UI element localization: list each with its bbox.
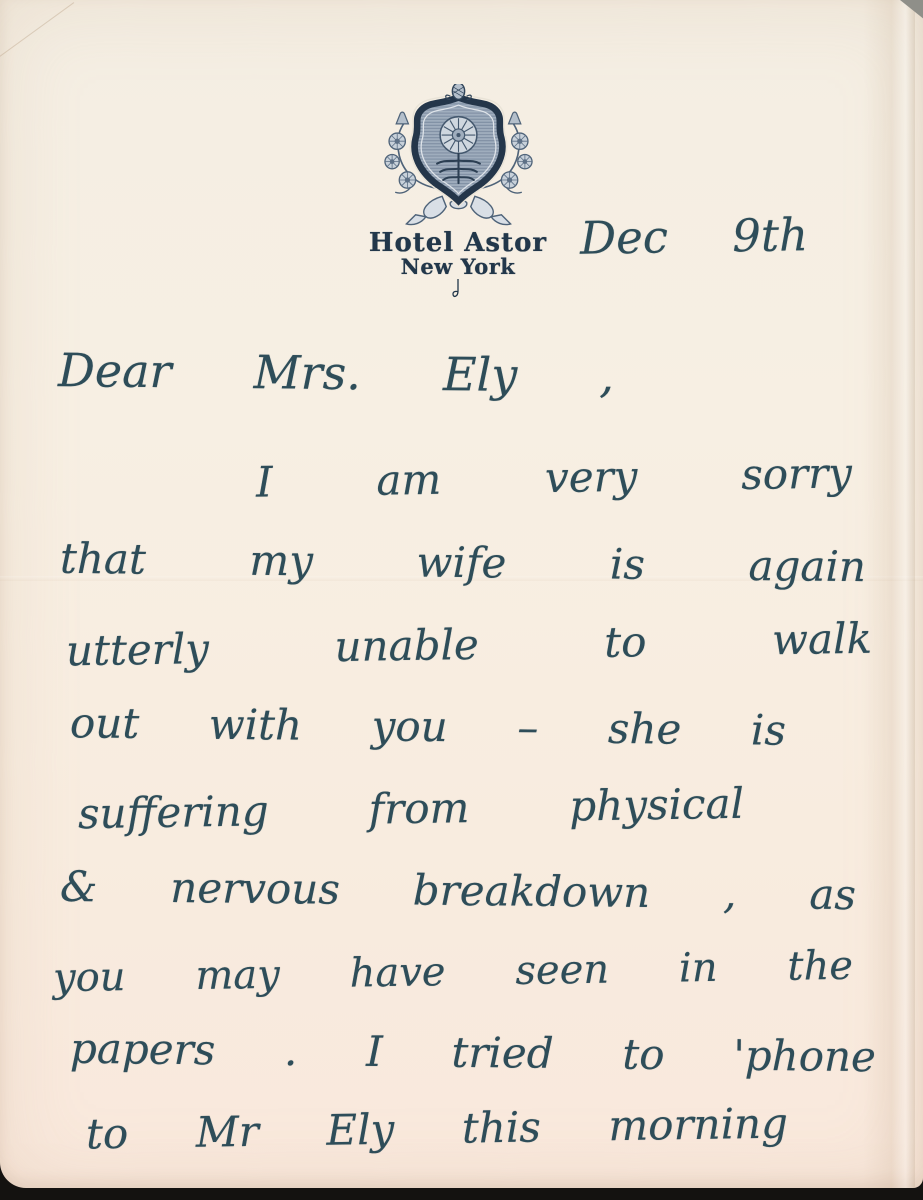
handwritten-line-5: sufferingfromphysical	[78, 781, 745, 838]
handwritten-word: Dear	[58, 345, 172, 397]
handwritten-word: to	[622, 1032, 665, 1079]
handwritten-word: utterly	[66, 626, 210, 674]
letterhead-flourish-icon	[450, 278, 466, 300]
handwritten-word: have	[349, 950, 446, 996]
handwritten-word: unable	[334, 622, 479, 670]
handwritten-word: &	[60, 864, 98, 911]
letter-date: Dec9th	[580, 210, 809, 263]
corner-crease	[0, 2, 74, 59]
handwritten-word: physical	[569, 781, 744, 830]
handwritten-word: 9th	[732, 210, 808, 261]
handwritten-word: to	[86, 1111, 129, 1158]
handwritten-word: Mrs.	[253, 347, 361, 399]
handwritten-word: ,	[599, 351, 614, 402]
handwritten-line-6: &nervousbreakdown,as	[60, 864, 856, 919]
handwritten-word: in	[679, 946, 718, 991]
handwritten-word: very	[545, 454, 638, 502]
handwritten-word: nervous	[170, 865, 340, 913]
handwritten-line-4: outwithyou–sheis	[70, 700, 786, 754]
handwritten-word: 'phone	[733, 1033, 876, 1081]
handwritten-word: this	[462, 1104, 542, 1151]
handwritten-word: am	[376, 457, 442, 504]
handwritten-word: I	[256, 459, 273, 505]
salutation-line: DearMrs.Ely,	[58, 345, 614, 401]
handwritten-word: from	[368, 785, 469, 833]
handwritten-line-9: toMrElythismorning	[86, 1100, 789, 1157]
handwritten-word: wife	[416, 540, 506, 587]
handwritten-word: I	[366, 1029, 383, 1075]
handwritten-word: walk	[772, 616, 873, 664]
handwritten-word: out	[70, 700, 140, 747]
handwritten-word: morning	[608, 1100, 788, 1149]
hotel-crest-icon	[376, 84, 541, 227]
handwritten-line-7: youmayhaveseeninthe	[53, 944, 854, 1001]
handwritten-word: .	[284, 1028, 298, 1074]
handwritten-word: breakdown	[413, 868, 651, 917]
handwritten-word: sorry	[741, 450, 852, 498]
handwritten-word: Dec	[580, 212, 669, 263]
handwritten-word: may	[195, 953, 280, 998]
handwritten-word: –	[517, 705, 538, 751]
handwritten-word: as	[809, 872, 856, 919]
letterhead-city: New York	[338, 254, 578, 279]
handwritten-line-1: Iamverysorry	[256, 450, 853, 506]
handwritten-line-8: papers.Itriedto'phone	[70, 1026, 876, 1081]
handwritten-word: again	[748, 543, 866, 590]
handwritten-word: with	[209, 702, 303, 749]
handwritten-word: to	[604, 619, 647, 666]
letter-page: Hotel Astor New York Dec9th DearMrs.Ely,…	[0, 0, 923, 1188]
scanned-letter: Hotel Astor New York Dec9th DearMrs.Ely,…	[0, 0, 923, 1200]
handwritten-word: Ely	[326, 1107, 395, 1154]
paper-right-edge-shading	[863, 0, 915, 1188]
handwritten-word: you	[371, 703, 448, 750]
handwritten-word: you	[53, 955, 126, 1000]
handwritten-word: is	[751, 707, 786, 754]
handwritten-word: suffering	[78, 788, 269, 837]
handwritten-word: is	[610, 542, 645, 589]
handwritten-word: tried	[451, 1030, 554, 1077]
handwritten-word: papers	[70, 1026, 216, 1074]
handwritten-line-3: utterlyunabletowalk	[66, 616, 873, 675]
handwritten-line-2: thatmywifeisagain	[60, 536, 866, 591]
handwritten-word: that	[60, 536, 146, 583]
handwritten-word: she	[608, 706, 682, 753]
handwritten-word: Mr	[195, 1109, 259, 1156]
handwritten-word: the	[787, 944, 853, 989]
handwritten-word: ,	[723, 871, 737, 917]
handwritten-word: my	[249, 538, 313, 585]
handwritten-word: Ely	[443, 349, 518, 400]
handwritten-word: seen	[515, 948, 609, 993]
